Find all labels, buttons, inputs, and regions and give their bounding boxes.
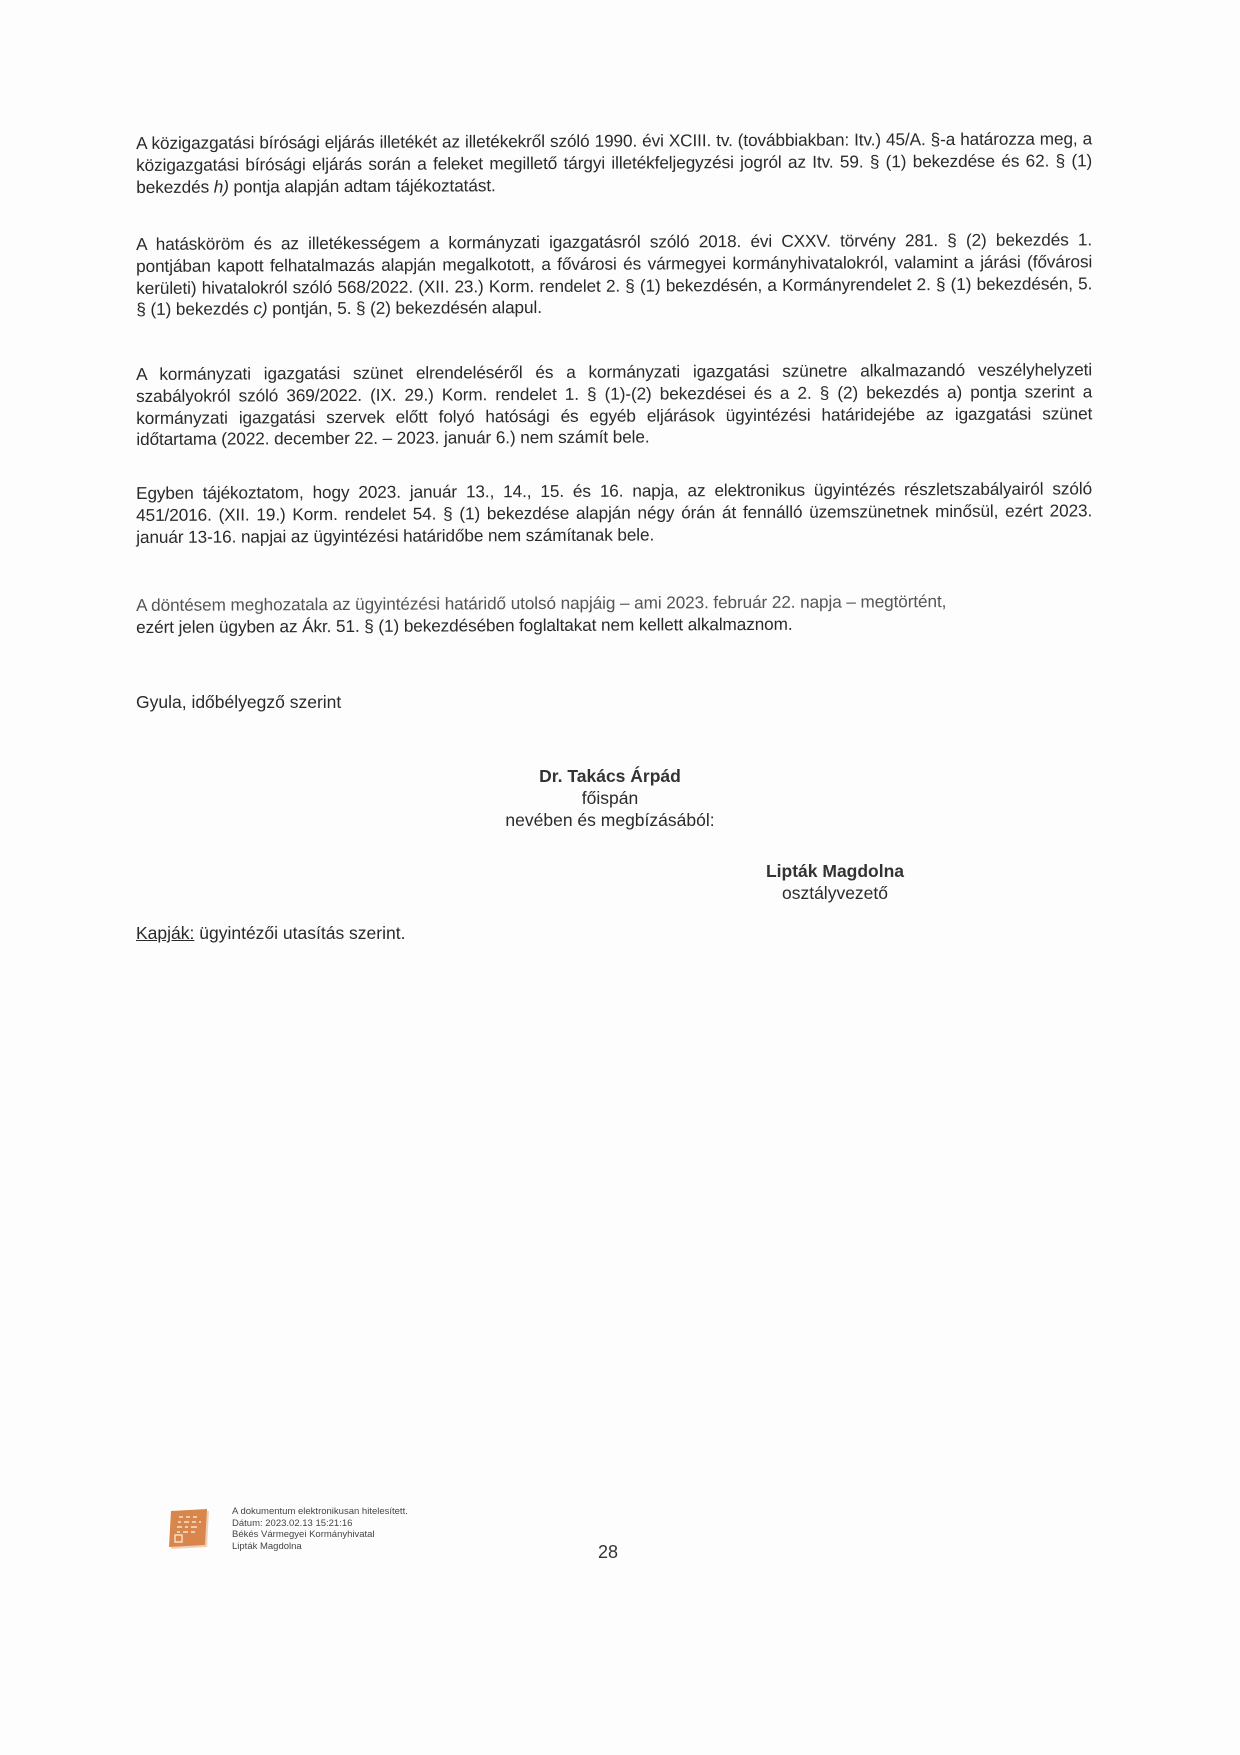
signatory-block-officer: Lipták Magdolna osztályvezető bbox=[720, 860, 950, 904]
paragraph-system-downtime: Egyben tájékoztatom, hogy 2023. január 1… bbox=[136, 478, 1092, 548]
recipients: Kapják: ügyintézői utasítás szerint. bbox=[136, 923, 405, 944]
paragraph-text-end: pontján, 5. § (2) bekezdésén alapul. bbox=[272, 297, 542, 318]
italic-point: c) bbox=[253, 299, 267, 319]
recipients-text: ügyintézői utasítás szerint. bbox=[199, 923, 405, 943]
italic-point: h) bbox=[214, 176, 229, 196]
signatory-authority: nevében és megbízásából: bbox=[440, 809, 780, 831]
signatory-title: főispán bbox=[440, 787, 780, 809]
signatory-name: Lipták Magdolna bbox=[720, 860, 950, 882]
recipients-label: Kapják: bbox=[136, 923, 194, 943]
seal-icon bbox=[163, 1507, 211, 1551]
e-signature-office: Békés Vármegyei Kormányhivatal bbox=[232, 1529, 408, 1541]
paragraph-text: A kormányzati igazgatási szünet elrendel… bbox=[136, 359, 1092, 451]
paragraph-deadline: A döntésem meghozatala az ügyintézési ha… bbox=[136, 590, 1092, 638]
page-number: 28 bbox=[598, 1542, 618, 1563]
place-date: Gyula, időbélyegző szerint bbox=[136, 692, 341, 713]
signatory-title: osztályvezető bbox=[720, 882, 950, 904]
paragraph-line-2: ezért jelen ügyben az Ákr. 51. § (1) bek… bbox=[136, 612, 1092, 638]
e-signature-date: Dátum: 2023.02.13 15:21:16 bbox=[232, 1518, 408, 1530]
paragraph-text: Egyben tájékoztatom, hogy 2023. január 1… bbox=[136, 478, 1092, 548]
paragraph-court-fee: A közigazgatási bírósági eljárás illeték… bbox=[136, 128, 1092, 198]
document-page: A közigazgatási bírósági eljárás illeték… bbox=[0, 0, 1240, 1755]
e-signature-info: A dokumentum elektronikusan hitelesített… bbox=[232, 1506, 408, 1552]
e-signature-line: A dokumentum elektronikusan hitelesített… bbox=[232, 1506, 408, 1518]
paragraph-text-end: pontja alapján adtam tájékoztatást. bbox=[233, 175, 495, 196]
paragraph-competence: A hatásköröm és az illetékességem a korm… bbox=[136, 229, 1092, 321]
signatory-name: Dr. Takács Árpád bbox=[440, 765, 780, 787]
e-signature-signer: Lipták Magdolna bbox=[232, 1541, 408, 1553]
signatory-block-head: Dr. Takács Árpád főispán nevében és megb… bbox=[440, 765, 780, 831]
paragraph-administrative-break: A kormányzati igazgatási szünet elrendel… bbox=[136, 359, 1092, 451]
